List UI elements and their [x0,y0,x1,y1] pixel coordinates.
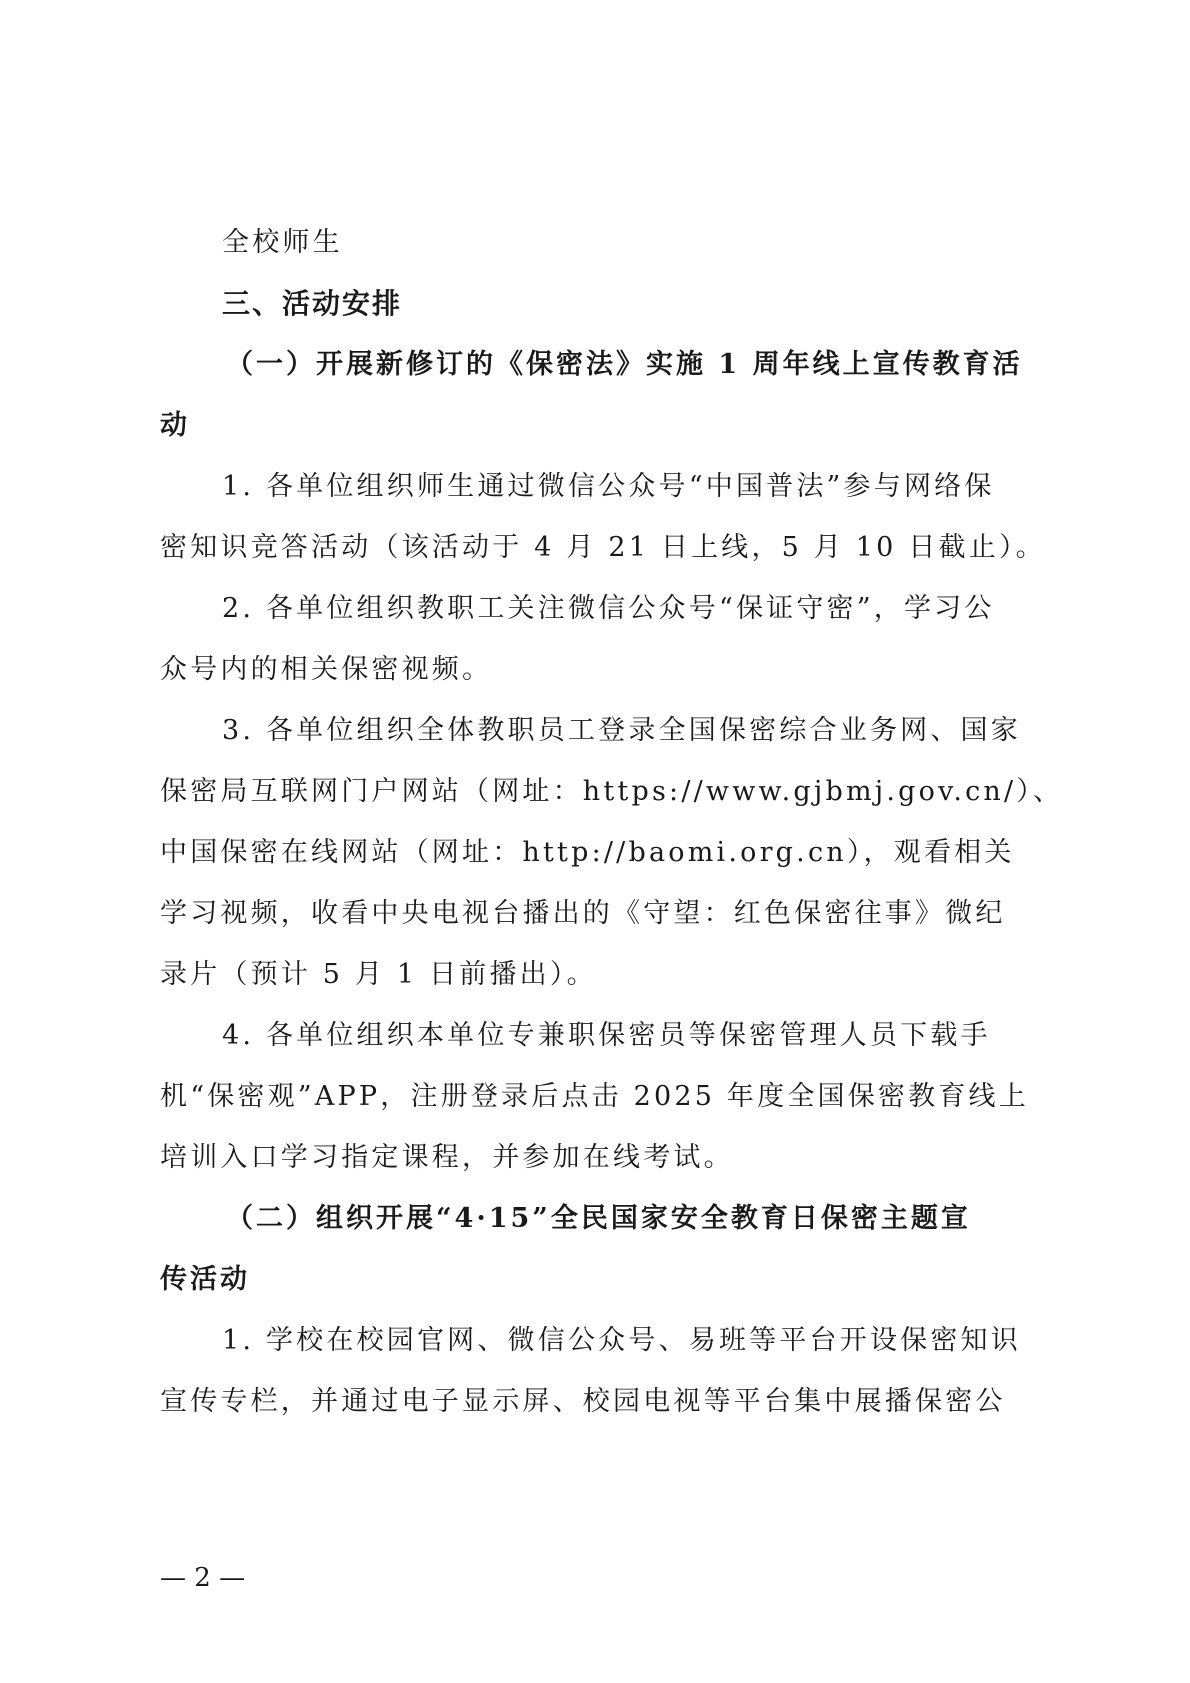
paragraph-line: 录片（预计 5 月 1 日前播出）。 [160,955,597,995]
paragraph-line: 保密局互联网门户网站（网址：https://www.gjbmj.gov.cn/）… [160,772,1063,812]
page-number: — 2 — [160,1558,245,1598]
paragraph-line: 宣传专栏，并通过电子显示屏、校园电视等平台集中展播保密公 [160,1382,1006,1422]
paragraph-line: 机“保密观”APP，注册登录后点击 2025 年度全国保密教育线上 [160,1077,1029,1117]
heading-line: 动 [160,406,190,446]
paragraph-line: 学习视频，收看中央电视台播出的《守望：红色保密往事》微纪 [160,894,1006,934]
paragraph-line: 2. 各单位组织教职工关注微信公众号“保证守密”，学习公 [222,589,995,629]
paragraph-line: 全校师生 [222,223,343,263]
paragraph-line: 中国保密在线网站（网址：http://baomi.org.cn），观看相关 [160,833,1015,873]
paragraph-line: 4. 各单位组织本单位专兼职保密员等保密管理人员下载手 [222,1016,991,1056]
paragraph-line: 密知识竞答活动（该活动于 4 月 21 日上线，5 月 10 日截止）。 [160,528,1046,568]
paragraph-line: 1. 各单位组织师生通过微信公众号“中国普法”参与网络保 [222,467,995,507]
heading-line: （二）组织开展“4·15”全民国家安全教育日保密主题宣 [226,1199,971,1239]
paragraph-line: 培训入口学习指定课程，并参加在线考试。 [160,1138,734,1178]
heading-line: 三、活动安排 [222,284,402,324]
heading-line: 传活动 [160,1260,250,1300]
paragraph-line: 众号内的相关保密视频。 [160,650,492,690]
heading-line: （一）开展新修订的《保密法》实施 1 周年线上宣传教育活 [226,345,1023,385]
paragraph-line: 3. 各单位组织全体教职员工登录全国保密综合业务网、国家 [222,711,1021,751]
paragraph-line: 1. 学校在校园官网、微信公众号、易班等平台开设保密知识 [222,1321,1021,1361]
